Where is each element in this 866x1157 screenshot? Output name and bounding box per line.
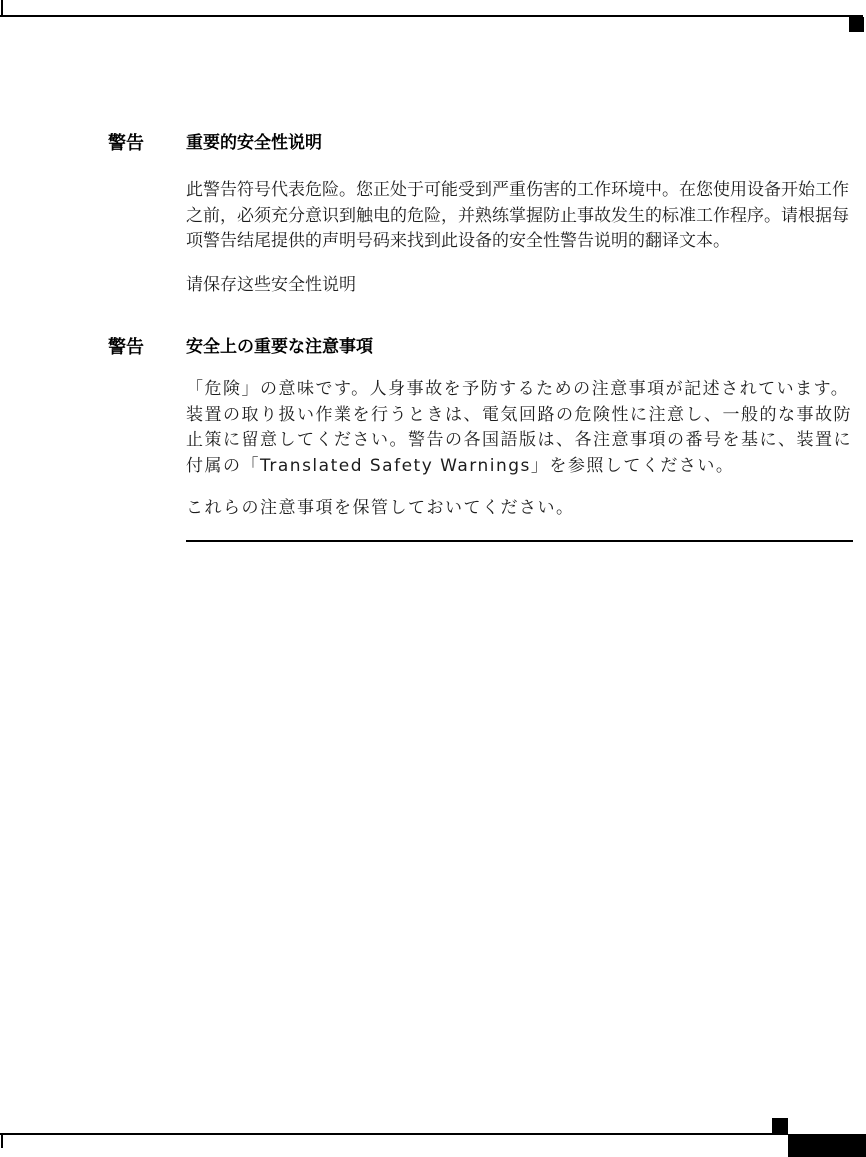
warning-save-instruction: これらの注意事項を保管しておいてください。 (186, 499, 575, 518)
warning-label: 警告 (108, 134, 144, 153)
header-rule (0, 15, 863, 17)
crop-mark-bottom-left (1, 1134, 3, 1148)
warning-title: 安全上の重要な注意事項 (186, 338, 373, 357)
warning-body-text: 「危険」の意味です。人身事故を予防するための注意事項が記述されています。装置の取… (186, 377, 862, 479)
footer-corner-tab (788, 1134, 866, 1157)
footer-rule (0, 1133, 788, 1135)
warning-body-text: 此警告符号代表危险。您正处于可能受到严重伤害的工作环境中。在您使用设备开始工作之… (186, 178, 858, 255)
warning-title: 重要的安全性说明 (186, 134, 322, 153)
section-divider-rule (186, 540, 853, 542)
header-corner-square (849, 17, 864, 32)
warning-label: 警告 (108, 338, 144, 357)
warning-save-instruction: 请保存这些安全性说明 (186, 276, 356, 295)
crop-mark-top-left (1, 0, 3, 16)
footer-square-mark (772, 1118, 788, 1133)
document-page: 警告 重要的安全性说明 此警告符号代表危险。您正处于可能受到严重伤害的工作环境中… (0, 0, 866, 1157)
